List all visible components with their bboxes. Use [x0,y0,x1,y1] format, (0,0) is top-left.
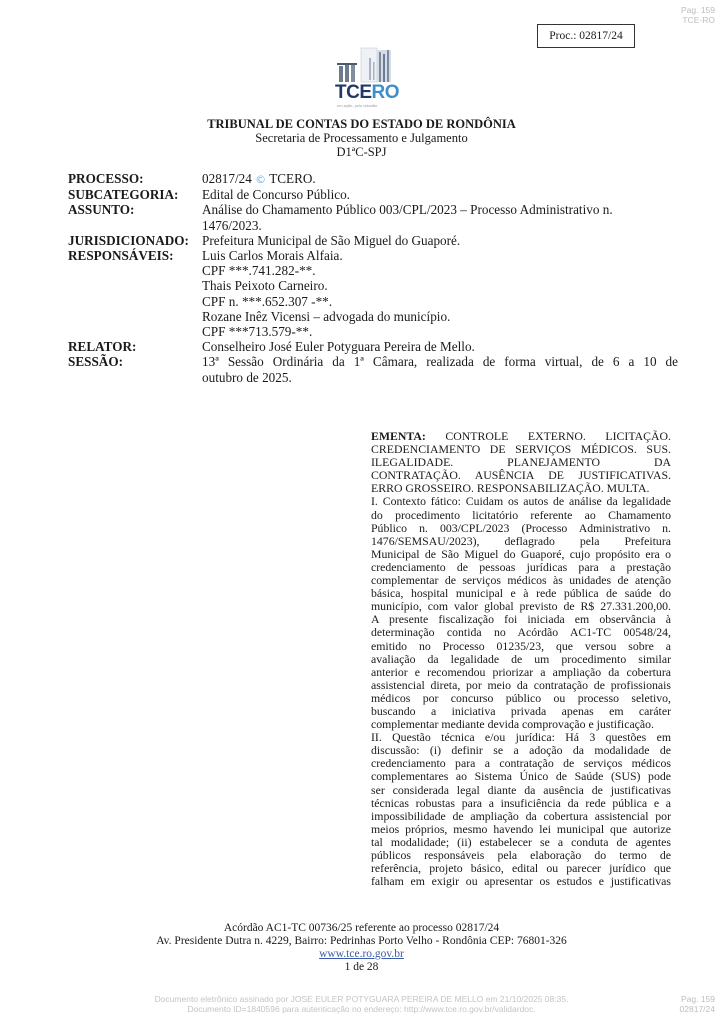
signature-line-1: Documento eletrônico assinado por JOSE E… [0,994,723,1004]
ementa-line: I. Contexto fático: Cuidam os autos de a… [371,495,671,508]
ementa-line: ser considerada legal diante da ausência… [371,784,671,797]
ementa-line: Municipal de São Miguel do Guaporé, cujo… [371,548,671,561]
institution-title: TRIBUNAL DE CONTAS DO ESTADO DE RONDÔNIA [0,117,723,131]
logo-text-ro: RO [372,82,400,103]
subcategoria-value: Edital de Concurso Público. [202,187,678,202]
ementa-line: Público n. 003/CPL/2023 (Processo Admini… [371,522,671,535]
sessao-line-2: outubro de 2025. [202,370,678,385]
meta-row-jurisdicionado: JURISDICIONADO: Prefeitura Municipal de … [68,233,678,248]
responsavel-item: Luis Carlos Morais Alfaia. [202,248,678,263]
assunto-value: Análise do Chamamento Público 003/CPL/20… [202,202,678,232]
page-number: 1 de 28 [0,961,723,974]
watermark-org: TCE-RO [681,15,715,25]
copyright-icon: © [255,173,266,186]
signature-line-2: Documento ID=1840596 para autenticação n… [0,1004,723,1014]
ementa-line: anterior e recomendou priorizar a amplia… [371,666,671,679]
ementa-line: determinação contida no Acórdão AC1-TC 0… [371,626,671,639]
jurisdicionado-label: JURISDICIONADO: [68,233,202,248]
responsaveis-label: RESPONSÁVEIS: [68,248,202,339]
document-header: TRIBUNAL DE CONTAS DO ESTADO DE RONDÔNIA… [0,117,723,159]
ementa-line: técnicas robustas para a insuficiência d… [371,797,671,810]
meta-row-sessao: SESSÃO: 13ª Sessão Ordinária da 1ª Câmar… [68,354,678,384]
meta-row-processo: PROCESSO: 02817/24 © TCERO. [68,171,678,187]
electronic-signature-notice: Documento eletrônico assinado por JOSE E… [0,994,723,1014]
ementa-lines: EMENTA: CONTROLE EXTERNO. LICITAÇÃO.CRED… [371,430,671,888]
ementa-line: falham em exigir ou apresentar os estudo… [371,875,671,888]
responsavel-item: Thais Peixoto Carneiro. [202,278,678,293]
meta-row-subcategoria: SUBCATEGORIA: Edital de Concurso Público… [68,187,678,202]
meta-row-assunto: ASSUNTO: Análise do Chamamento Público 0… [68,202,678,232]
ementa-line: emitido no Processo 01235/23, que versou… [371,640,671,653]
subcategoria-label: SUBCATEGORIA: [68,187,202,202]
relator-label: RELATOR: [68,339,202,354]
responsavel-item: Rozane Inêz Vicensi – advogada do municí… [202,309,678,324]
page-watermark-top: Pag. 159 TCE-RO [681,5,715,25]
page-watermark-bottom: Pag. 159 02817/24 [680,994,715,1014]
page-footer: Acórdão AC1-TC 00736/25 referente ao pro… [0,922,723,974]
ementa-line: 1476/SEMSAU/2023), deflagrado pela Prefe… [371,535,671,548]
responsavel-item: CPF ***713.579-**. [202,324,678,339]
ementa-line: médicos por concurso público ou processo… [371,692,671,705]
sessao-line: 13ª Sessão Ordinária da 1ª Câmara, reali… [202,354,678,369]
website-link[interactable]: www.tce.ro.gov.br [319,948,404,960]
processo-suffix: TCERO. [269,171,316,186]
logo-tagline: em ação, pelo cidadão [337,103,377,108]
secretariat-name: Secretaria de Processamento e Julgamento [0,131,723,145]
processo-label: PROCESSO: [68,171,202,187]
institution-address: Av. Presidente Dutra n. 4229, Bairro: Pe… [0,935,723,948]
assunto-line: 1476/2023. [202,218,678,233]
processo-value: 02817/24 © TCERO. [202,171,678,187]
assunto-line: Análise do Chamamento Público 003/CPL/20… [202,202,678,217]
ementa-label: EMENTA: [371,429,426,443]
sessao-line-1: 13ª Sessão Ordinária da 1ª Câmara, reali… [202,354,678,369]
jurisdicionado-value: Prefeitura Municipal de São Miguel do Gu… [202,233,678,248]
tcero-logo: TCERO em ação, pelo cidadão [333,44,405,110]
watermark-page-number: Pag. 159 [681,5,715,15]
process-number-box: Proc.: 02817/24 [537,24,635,48]
watermark-process: 02817/24 [680,1004,715,1014]
meta-row-relator: RELATOR: Conselheiro José Euler Potyguar… [68,339,678,354]
logo-wordmark: TCERO [335,82,399,104]
meta-row-responsaveis: RESPONSÁVEIS: Luis Carlos Morais Alfaia.… [68,248,678,339]
watermark-page-number: Pag. 159 [680,994,715,1004]
case-metadata: PROCESSO: 02817/24 © TCERO. SUBCATEGORIA… [68,171,678,385]
logo-text-tce: TCE [335,82,372,103]
processo-number: 02817/24 [202,171,252,186]
ementa-summary: EMENTA: CONTROLE EXTERNO. LICITAÇÃO.CRED… [371,430,671,888]
responsavel-item: CPF ***.741.282-**. [202,263,678,278]
department-code: D1ªC-SPJ [0,145,723,159]
relator-value: Conselheiro José Euler Potyguara Pereira… [202,339,678,354]
acordao-reference: Acórdão AC1-TC 00736/25 referente ao pro… [0,922,723,935]
assunto-label: ASSUNTO: [68,202,202,232]
ementa-line: assistencial direta, por meio da contrat… [371,679,671,692]
ementa-line: meios próprios, mesmo havendo lei munici… [371,823,671,836]
building-columns-icon [333,44,405,84]
ementa-line: impossibilidade de ampliação da cobertur… [371,810,671,823]
responsaveis-list: Luis Carlos Morais Alfaia. CPF ***.741.2… [202,248,678,339]
ementa-line: avaliação da legalidade de um procedimen… [371,653,671,666]
sessao-value: 13ª Sessão Ordinária da 1ª Câmara, reali… [202,354,678,384]
ementa-line: do procedimento licitatório referente ao… [371,509,671,522]
ementa-line: complementares ao Sistema Único de Saúde… [371,770,671,783]
sessao-label: SESSÃO: [68,354,202,384]
responsavel-item: CPF n. ***.652.307 -**. [202,294,678,309]
